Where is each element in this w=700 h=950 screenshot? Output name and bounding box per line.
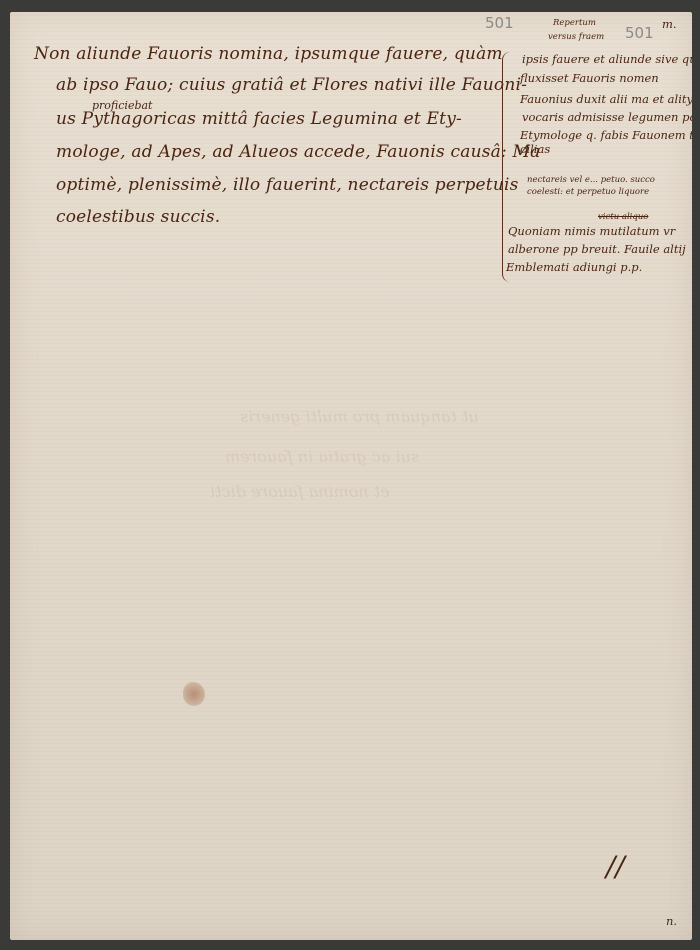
bleed-through-text: ut tanquam pro multi generis <box>240 407 479 426</box>
folio-number-pencil-right: 501 <box>625 24 654 42</box>
bottom-center-mark: // <box>606 850 625 883</box>
main-text-line-5-text: optimè, plenissimè, illo fauerint, necta… <box>56 175 519 195</box>
bottom-corner-mark: n. <box>666 914 677 928</box>
margin-note-1-line-6: cilias <box>520 142 550 156</box>
main-text-line-4-text: mologe, ad Apes, ad Alueos accede, Fauon… <box>56 142 540 162</box>
main-text-line-3-text: us Pythagoricas mittâ facies Legumina et… <box>56 109 462 129</box>
main-text-line-3: us Pythagoricas mittâ facies Legumina et… <box>56 109 462 129</box>
margin-note-3-line-1: Quoniam nimis mutilatum vr <box>508 224 675 238</box>
margin-note-2-line-1: nectareis vel e... petuo. succo <box>527 175 655 185</box>
margin-note-1-line-4: vocaris admisisse legumen potius <box>522 110 692 124</box>
main-text-line-2: ab ipso Fauo; cuius gratiâ et Flores nat… <box>56 75 527 95</box>
bleed-through-text: sui ac gratia in fauorem <box>225 447 419 466</box>
margin-note-1-line-1: ipsis fauere et aliunde sive quam <box>522 52 692 66</box>
manuscript-page: ut tanquam pro multi generis sui ac grat… <box>10 12 692 940</box>
margin-header-line-1: Repertum <box>553 18 596 28</box>
main-text-line-6-text: coelestibus succis. <box>56 207 220 227</box>
main-text-line-4: mologe, ad Apes, ad Alueos accede, Fauon… <box>56 142 540 162</box>
margin-header-line-2: versus fraem <box>548 32 604 42</box>
main-text-line-6: coelestibus succis. <box>56 207 220 227</box>
folio-number-ink: m. <box>662 17 677 31</box>
main-text-line-2-text: ab ipso Fauo; cuius gratiâ et Flores nat… <box>56 75 527 95</box>
bleed-through-text: et nomina fauore dicti <box>210 482 390 501</box>
main-text-line-1: Non aliunde Fauoris nomina, ipsumque fau… <box>34 44 503 64</box>
margin-note-3-line-3: Emblemati adiungi p.p. <box>506 260 642 274</box>
margin-note-2-line-2: coelesti: et perpetuo liquore <box>527 187 649 197</box>
main-text-line-1-text: Non aliunde Fauoris nomina, ipsumque fau… <box>34 44 503 64</box>
margin-note-1-line-3: Fauonius duxit alii ma et alitys <box>520 92 692 106</box>
ink-stain <box>183 682 205 706</box>
folio-number-pencil-left: 501 <box>485 14 514 32</box>
main-text-line-5: optimè, plenissimè, illo fauerint, necta… <box>56 175 519 195</box>
margin-note-3-insert: victu aliquo <box>598 212 648 222</box>
margin-note-3-line-2: alberone pp breuit. Fauile altij <box>508 242 686 256</box>
margin-note-1-line-2: fluxisset Fauoris nomen <box>520 71 659 85</box>
margin-note-1-line-5: Etymologe q. fabis Fauonem tibi con- <box>520 128 692 142</box>
